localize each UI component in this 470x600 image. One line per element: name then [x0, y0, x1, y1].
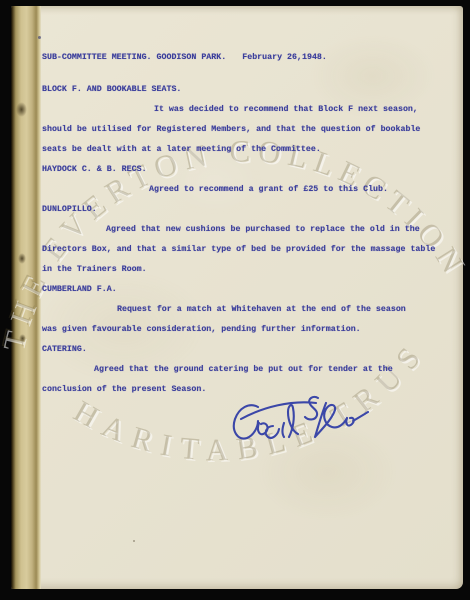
meeting-title: SUB-COMMITTEE MEETING. GOODISON PARK.: [42, 48, 226, 68]
header-gap: [42, 68, 450, 80]
section-heading: DUNLOPILLO.: [42, 200, 450, 220]
body-line: Request for a match at Whitehaven at the…: [42, 300, 450, 320]
body-line: seats be dealt with at a later meeting o…: [42, 140, 450, 160]
body-line: Agreed that new cushions be purchased to…: [42, 220, 450, 240]
section-heading: BLOCK F. AND BOOKABLE SEATS.: [42, 80, 450, 100]
body-line: Directors Box, and that a similar type o…: [42, 240, 450, 260]
paper-speck: [133, 540, 135, 542]
section-heading: HAYDOCK C. & B. RECS.: [42, 160, 450, 180]
body-line: Agreed to recommend a grant of £25 to th…: [42, 180, 450, 200]
body-line: should be utilised for Registered Member…: [42, 120, 450, 140]
body-line: in the Trainers Room.: [42, 260, 450, 280]
body-line: was given favourable consideration, pend…: [42, 320, 450, 340]
meeting-header: SUB-COMMITTEE MEETING. GOODISON PARK. Fe…: [42, 48, 450, 68]
section-heading: CATERING.: [42, 340, 450, 360]
body-line: conclusion of the present Season.: [42, 380, 450, 400]
section-heading: CUMBERLAND F.A.: [42, 280, 450, 300]
binding-stain: [16, 102, 27, 117]
typewritten-minutes: SUB-COMMITTEE MEETING. GOODISON PARK. Fe…: [42, 48, 450, 400]
body-line: It was decided to recommend that Block F…: [42, 100, 450, 120]
document-sections: BLOCK F. AND BOOKABLE SEATS.It was decid…: [42, 80, 450, 400]
book-binding-edge: [11, 6, 41, 589]
ink-speck: [38, 36, 41, 39]
binding-stain: [18, 253, 26, 264]
binding-stain: [19, 334, 26, 343]
meeting-date: February 26,1948.: [242, 48, 327, 68]
body-line: Agreed that the ground catering be put o…: [42, 360, 450, 380]
